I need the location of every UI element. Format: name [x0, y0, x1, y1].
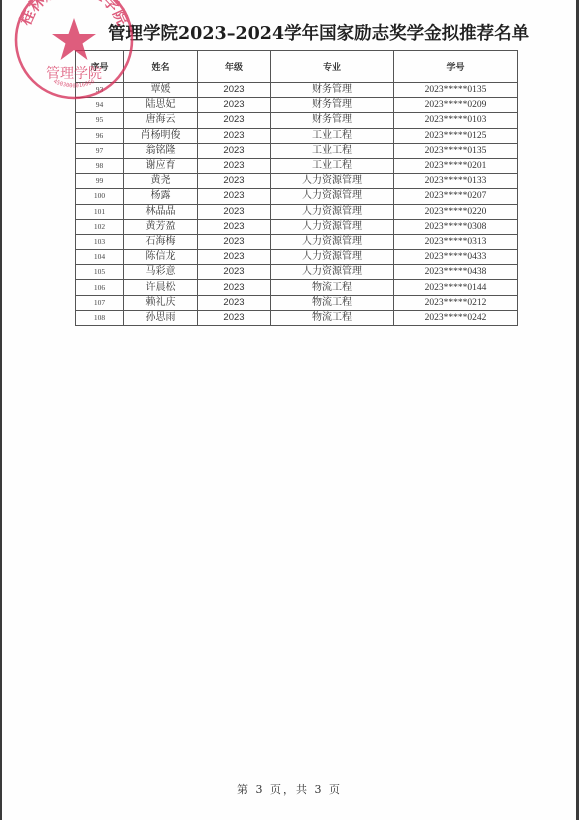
row-name: 陆思妃 [124, 98, 198, 113]
row-student-id: 2023*****0242 [394, 310, 518, 325]
row-student-id: 2023*****0144 [394, 280, 518, 295]
table-row: 101林晶晶2023人力资源管理2023*****0220 [76, 204, 518, 219]
row-seq: 99 [76, 174, 124, 189]
row-year: 2023 [198, 113, 271, 128]
row-seq: 104 [76, 250, 124, 265]
table-row: 100杨露2023人力资源管理2023*****0207 [76, 189, 518, 204]
row-year: 2023 [198, 310, 271, 325]
row-year: 2023 [198, 143, 271, 158]
table-row: 95唐海云2023财务管理2023*****0103 [76, 113, 518, 128]
scholarship-roster-table: 序号 姓名 年级 专业 学号 93覃媛2023财务管理2023*****0135… [75, 50, 518, 326]
row-seq: 97 [76, 143, 124, 158]
row-name: 肖杨明俊 [124, 128, 198, 143]
row-name: 赖礼庆 [124, 295, 198, 310]
row-major: 工业工程 [271, 158, 394, 173]
row-major: 人力资源管理 [271, 204, 394, 219]
row-year: 2023 [198, 174, 271, 189]
row-name: 谢应育 [124, 158, 198, 173]
row-seq: 108 [76, 310, 124, 325]
row-name: 陈信龙 [124, 250, 198, 265]
row-seq: 107 [76, 295, 124, 310]
row-major: 物流工程 [271, 310, 394, 325]
row-major: 财务管理 [271, 83, 394, 98]
row-major: 人力资源管理 [271, 219, 394, 234]
row-student-id: 2023*****0133 [394, 174, 518, 189]
row-year: 2023 [198, 83, 271, 98]
row-name: 马彩意 [124, 265, 198, 280]
row-name: 孙思雨 [124, 310, 198, 325]
row-year: 2023 [198, 280, 271, 295]
row-name: 黄尧 [124, 174, 198, 189]
page-edge-left [0, 0, 2, 820]
table-row: 96肖杨明俊2023工业工程2023*****0125 [76, 128, 518, 143]
table-row: 93覃媛2023财务管理2023*****0135 [76, 83, 518, 98]
row-student-id: 2023*****0201 [394, 158, 518, 173]
row-seq: 101 [76, 204, 124, 219]
table-row: 105马彩意2023人力资源管理2023*****0438 [76, 265, 518, 280]
row-seq: 106 [76, 280, 124, 295]
row-major: 物流工程 [271, 295, 394, 310]
table-row: 107赖礼庆2023物流工程2023*****0212 [76, 295, 518, 310]
table-row: 94陆思妃2023财务管理2023*****0209 [76, 98, 518, 113]
row-seq: 100 [76, 189, 124, 204]
table-row: 98谢应育2023工业工程2023*****0201 [76, 158, 518, 173]
table-row: 108孙思雨2023物流工程2023*****0242 [76, 310, 518, 325]
row-seq: 96 [76, 128, 124, 143]
document-title: 管理学院2023–2024学年国家励志奖学金拟推荐名单 [108, 20, 488, 45]
header-major: 专业 [271, 51, 394, 83]
row-name: 许晨松 [124, 280, 198, 295]
table-row: 103石海梅2023人力资源管理2023*****0313 [76, 234, 518, 249]
table-row: 99黄尧2023人力资源管理2023*****0133 [76, 174, 518, 189]
table-header-row: 序号 姓名 年级 专业 学号 [76, 51, 518, 83]
row-name: 杨露 [124, 189, 198, 204]
table-row: 102黄芳盈2023人力资源管理2023*****0308 [76, 219, 518, 234]
table-row: 104陈信龙2023人力资源管理2023*****0433 [76, 250, 518, 265]
row-seq: 98 [76, 158, 124, 173]
row-year: 2023 [198, 250, 271, 265]
header-seq: 序号 [76, 51, 124, 83]
row-student-id: 2023*****0103 [394, 113, 518, 128]
row-seq: 94 [76, 98, 124, 113]
row-student-id: 2023*****0135 [394, 143, 518, 158]
header-name: 姓名 [124, 51, 198, 83]
row-major: 财务管理 [271, 98, 394, 113]
row-year: 2023 [198, 204, 271, 219]
row-major: 工业工程 [271, 143, 394, 158]
row-seq: 95 [76, 113, 124, 128]
row-seq: 102 [76, 219, 124, 234]
row-student-id: 2023*****0135 [394, 83, 518, 98]
row-major: 人力资源管理 [271, 174, 394, 189]
row-student-id: 2023*****0308 [394, 219, 518, 234]
row-student-id: 2023*****0220 [394, 204, 518, 219]
table-row: 106许晨松2023物流工程2023*****0144 [76, 280, 518, 295]
row-seq: 105 [76, 265, 124, 280]
row-seq: 103 [76, 234, 124, 249]
row-major: 人力资源管理 [271, 234, 394, 249]
row-major: 工业工程 [271, 128, 394, 143]
row-major: 人力资源管理 [271, 265, 394, 280]
header-student-id: 学号 [394, 51, 518, 83]
table-row: 97翁铭隆2023工业工程2023*****0135 [76, 143, 518, 158]
page-number-footer: 第 3 页，共 3 页 [0, 781, 579, 797]
row-student-id: 2023*****0438 [394, 265, 518, 280]
row-major: 人力资源管理 [271, 189, 394, 204]
row-student-id: 2023*****0207 [394, 189, 518, 204]
row-name: 林晶晶 [124, 204, 198, 219]
row-year: 2023 [198, 265, 271, 280]
row-year: 2023 [198, 98, 271, 113]
row-name: 覃媛 [124, 83, 198, 98]
row-year: 2023 [198, 189, 271, 204]
row-year: 2023 [198, 295, 271, 310]
header-year: 年级 [198, 51, 271, 83]
row-seq: 93 [76, 83, 124, 98]
row-year: 2023 [198, 219, 271, 234]
row-student-id: 2023*****0433 [394, 250, 518, 265]
row-name: 翁铭隆 [124, 143, 198, 158]
row-student-id: 2023*****0212 [394, 295, 518, 310]
row-name: 石海梅 [124, 234, 198, 249]
row-major: 人力资源管理 [271, 250, 394, 265]
table-body: 93覃媛2023财务管理2023*****013594陆思妃2023财务管理20… [76, 83, 518, 326]
row-major: 物流工程 [271, 280, 394, 295]
row-student-id: 2023*****0125 [394, 128, 518, 143]
row-name: 唐海云 [124, 113, 198, 128]
row-year: 2023 [198, 128, 271, 143]
row-year: 2023 [198, 234, 271, 249]
row-student-id: 2023*****0209 [394, 98, 518, 113]
row-student-id: 2023*****0313 [394, 234, 518, 249]
row-major: 财务管理 [271, 113, 394, 128]
row-year: 2023 [198, 158, 271, 173]
row-name: 黄芳盈 [124, 219, 198, 234]
